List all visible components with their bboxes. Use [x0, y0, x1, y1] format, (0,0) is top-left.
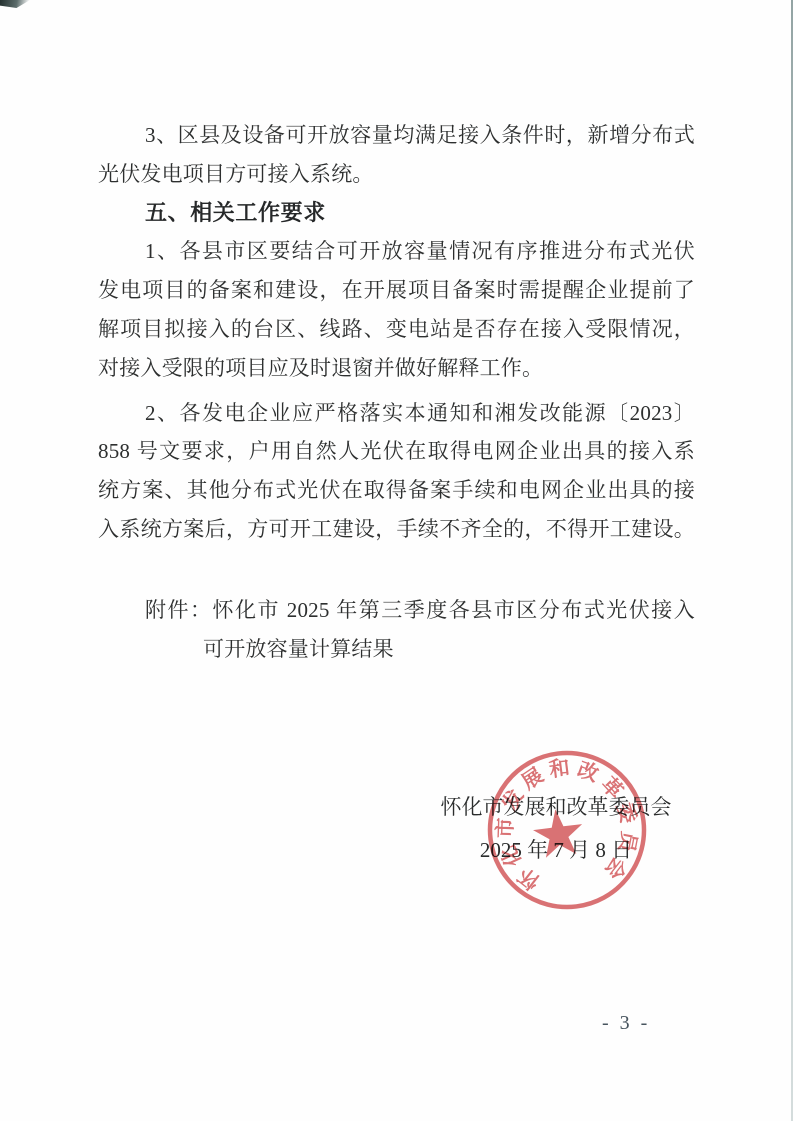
seal-char: 员: [614, 829, 641, 855]
section-heading: 五、相关工作要求: [98, 194, 695, 233]
text-line: 1、各县市区要结合可开放容量情况有序推进分布式光伏: [98, 232, 695, 271]
paragraph-requirement-2: 2、各发电企业应严格落实本通知和湘发改能源〔2023〕 858 号文要求，户用自…: [98, 394, 695, 549]
text-line: 统方案、其他分布式光伏在取得备案手续和电网企业出具的接: [98, 471, 695, 510]
seal-graphic: 怀化市发展和改革委员会: [472, 735, 661, 924]
star-icon: [531, 806, 586, 859]
seal-char: 委: [612, 800, 640, 827]
text-line: 2、各发电企业应严格落实本通知和湘发改能源〔2023〕: [98, 394, 695, 433]
attachment-note: 附件：怀化市 2025 年第三季度各县市区分布式光伏接入 可开放容量计算结果: [98, 591, 695, 669]
text-line: 入系统方案后，方可开工建设，手续不齐全的，不得开工建设。: [98, 510, 695, 549]
page-number: - 3 -: [602, 1012, 650, 1035]
seal-char: 和: [548, 755, 571, 781]
text-line: 858 号文要求，户用自然人光伏在取得电网企业出具的接入系: [98, 432, 695, 471]
text-line: 3、区县及设备可开放容量均满足接入条件时，新增分布式: [98, 116, 695, 155]
scan-artifact-corner: [0, 0, 30, 8]
text-line: 对接入受限的项目应及时退窗并做好解释工作。: [98, 349, 695, 388]
official-seal: 怀化市发展和改革委员会: [472, 735, 661, 924]
attachment-line: 可开放容量计算结果: [98, 630, 695, 669]
text-line: 发电项目的备案和建设，在开展项目备案时需提醒企业提前了: [98, 271, 695, 310]
document-body: 3、区县及设备可开放容量均满足接入条件时，新增分布式 光伏发电项目方可接入系统。…: [98, 116, 695, 668]
text-line: 解项目拟接入的台区、线路、变电站是否存在接入受限情况，: [98, 310, 695, 349]
paragraph-item-3: 3、区县及设备可开放容量均满足接入条件时，新增分布式 光伏发电项目方可接入系统。: [98, 116, 695, 194]
document-page: 3、区县及设备可开放容量均满足接入条件时，新增分布式 光伏发电项目方可接入系统。…: [0, 0, 793, 1121]
attachment-line: 附件：怀化市 2025 年第三季度各县市区分布式光伏接入: [98, 591, 695, 630]
seal-arc-text: 怀化市发展和改革委员会: [484, 748, 648, 899]
paragraph-requirement-1: 1、各县市区要结合可开放容量情况有序推进分布式光伏 发电项目的备案和建设，在开展…: [98, 232, 695, 387]
text-line: 光伏发电项目方可接入系统。: [98, 155, 695, 194]
seal-char: 市: [493, 817, 518, 839]
